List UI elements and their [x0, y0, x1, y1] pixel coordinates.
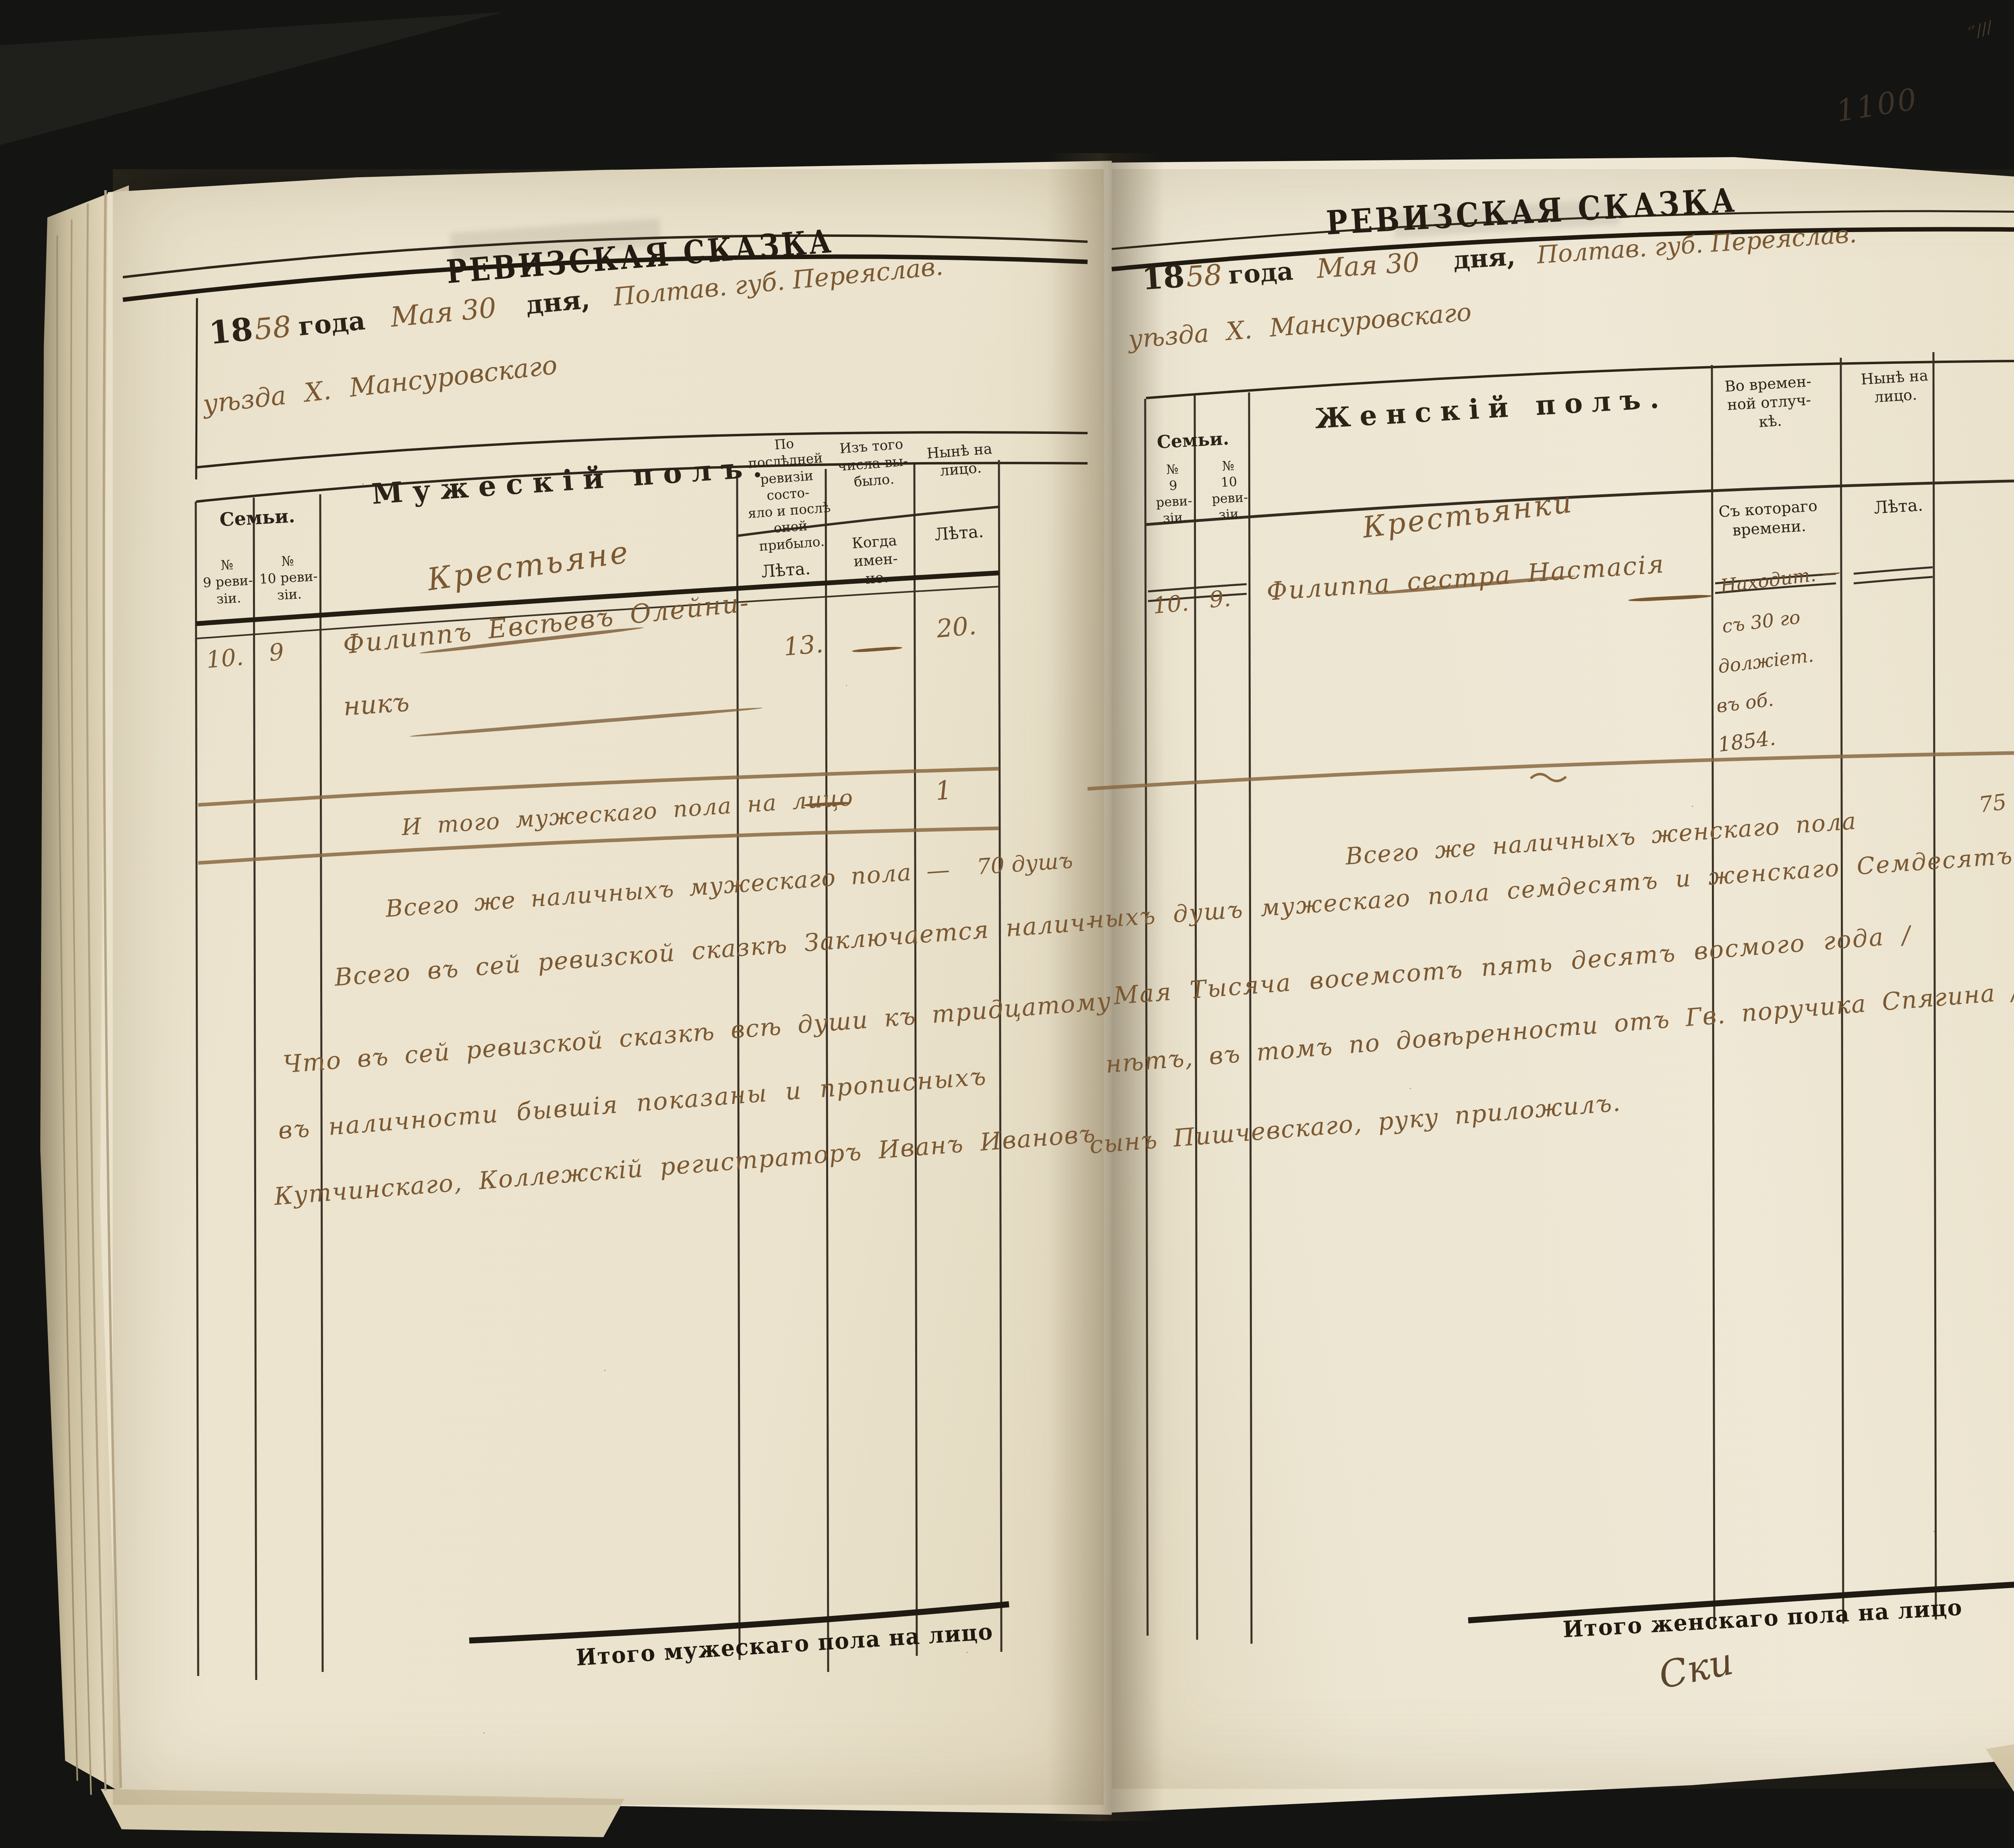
subheader-age-now: Лѣта. [934, 521, 984, 544]
subheader-rev9-right: № 9 реви- зіи. [1149, 460, 1198, 527]
date-month-day-handwritten-right: Мая 30 [1316, 247, 1420, 284]
date-year-handwritten: 58 [253, 309, 293, 346]
subheader-age-right: Лѣта. [1873, 495, 1924, 518]
column-header-family-right: Семьи. [1156, 428, 1229, 452]
column-header-present: Нынѣ на лицо. [922, 440, 999, 481]
date-prefix: 18 [207, 311, 255, 352]
subheader-since-when: Съ котораго времени. [1715, 496, 1822, 541]
subheader-when-exactly: Когда имен- но. [835, 530, 917, 590]
row-rev9-left: 10. [205, 643, 244, 674]
subheader-age-last: Лѣта. [760, 558, 811, 581]
subheader-rev10-left: № 10 реви- зіи. [257, 551, 320, 604]
row-age-last: 13. [782, 629, 825, 662]
subheader-rev10-right: № 10 реви- зіи. [1200, 456, 1259, 524]
column-header-departed: Изъ того числа вы- было. [831, 435, 915, 492]
row-rev10-left: 9 [268, 638, 285, 667]
date-day-word: дня, [524, 284, 591, 321]
scanned-book-photo: РЕВИЗСКАЯ СКАЗКА 18 58 года Мая 30 дня, … [0, 0, 2014, 1848]
date-year-handwritten-right: 58 [1185, 258, 1223, 294]
row-name-line2: никъ [342, 687, 410, 722]
column-header-absence: Во времен- ной отлуч- кѣ. [1719, 372, 1819, 434]
column-header-family-left: Семьи. [219, 505, 296, 531]
itogo-value: 1 [934, 775, 953, 806]
column-header-present-right: Нынѣ на лицо. [1858, 366, 1932, 408]
row-rev9-right: 10. [1152, 590, 1189, 619]
date-year-word-right: года [1227, 256, 1294, 290]
date-year-word: года [297, 305, 366, 342]
row-age-now: 20. [935, 611, 978, 643]
date-prefix-right: 18 [1141, 258, 1185, 297]
date-day-word-right: дня, [1452, 241, 1516, 275]
subheader-rev9-left: № 9 реви- зіи. [201, 555, 254, 608]
column-header-last-revision: По послѣдней ревизіи состо- яло и послѣ … [740, 433, 836, 555]
row-rev10-right: 9. [1208, 585, 1232, 613]
